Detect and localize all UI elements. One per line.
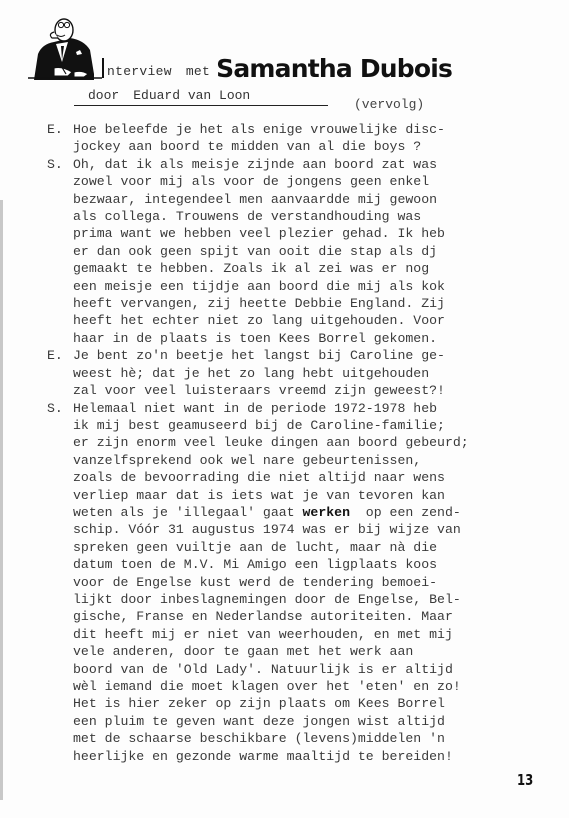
text-line: er zijn enorm veel leuke dingen aan boor… bbox=[73, 434, 469, 451]
byline-author: Eduard van Loon bbox=[133, 88, 250, 103]
text-line: jockey aan boord te midden van al die bo… bbox=[73, 138, 469, 155]
interview-paragraph: E.Hoe beleefde je het als enige vrouweli… bbox=[47, 121, 469, 156]
text-line: bezwaar, integendeel men aanvaardde mij … bbox=[73, 191, 469, 208]
text-line: zoals de bevoorrading die niet altijd na… bbox=[73, 469, 469, 486]
continued-label: (vervolg) bbox=[354, 97, 424, 112]
byline: doorEduard van Loon bbox=[74, 88, 328, 106]
text-line: heeft vervangen, zij heette Debbie Engla… bbox=[73, 295, 469, 312]
magazine-page: nterviewmetSamantha Dubois doorEduard va… bbox=[0, 0, 569, 818]
text-line: Hoe beleefde je het als enige vrouwelijk… bbox=[73, 121, 469, 138]
text-line: lijkt door inbeslagnemingen door de Enge… bbox=[73, 591, 469, 608]
interview-paragraph: S.Helemaal niet want in de periode 1972-… bbox=[47, 400, 469, 766]
interview-paragraph: S.Oh, dat ik als meisje zijnde aan boord… bbox=[47, 156, 469, 347]
speaker-label: S. bbox=[47, 400, 63, 417]
interview-body: E.Hoe beleefde je het als enige vrouweli… bbox=[47, 121, 469, 765]
text-line: prima want we hebben veel plezier gehad.… bbox=[73, 225, 469, 242]
text-line: Het is hier zeker op zijn plaats om Kees… bbox=[73, 695, 469, 712]
text-line: Helemaal niet want in de periode 1972-19… bbox=[73, 400, 469, 417]
text-line: haar in de plaats is toen Kees Borrel ge… bbox=[73, 330, 469, 347]
text-line: datum toen de M.V. Mi Amigo een ligplaat… bbox=[73, 556, 469, 573]
byline-door: door bbox=[88, 88, 119, 103]
text-line: verliep maar dat is iets wat je van tevo… bbox=[73, 487, 469, 504]
title-met-word: met bbox=[186, 64, 210, 79]
text-line: Oh, dat ik als meisje zijnde aan boord z… bbox=[73, 156, 469, 173]
text-line: met de schaarse beschikbare (levens)midd… bbox=[73, 730, 469, 747]
text-line: ik mij best geamuseerd bij de Caroline-f… bbox=[73, 417, 469, 434]
text-line: weest hè; dat je het zo lang hebt uitgeh… bbox=[73, 365, 469, 382]
page-edge-shadow bbox=[0, 200, 3, 800]
businessman-writing-illustration bbox=[24, 14, 106, 84]
bold-word: werken bbox=[303, 505, 350, 520]
text-line: zowel voor mij als voor de jongens geen … bbox=[73, 173, 469, 190]
article-title: nterviewmetSamantha Dubois bbox=[102, 54, 452, 83]
text-line: heeft het echter niet zo lang uitgehoude… bbox=[73, 312, 469, 329]
text-line: vele anderen, door te gaan met het werk … bbox=[73, 643, 469, 660]
text-line: heerlijke en gezonde warme maaltijd te b… bbox=[73, 748, 469, 765]
text-line: er dan ook geen spijt van ooit die stap … bbox=[73, 243, 469, 260]
text-line: wèl iemand die moet klagen over het 'ete… bbox=[73, 678, 469, 695]
text-line: gemaakt te hebben. Zoals ik al zei was e… bbox=[73, 260, 469, 277]
speaker-label: E. bbox=[47, 347, 63, 364]
text-line: een pluim te geven want deze jongen wist… bbox=[73, 713, 469, 730]
title-initial-bar bbox=[102, 58, 104, 78]
title-interview-word: nterview bbox=[107, 64, 172, 79]
text-line: Je bent zo'n beetje het langst bij Carol… bbox=[73, 347, 469, 364]
text-line: zal voor veel luisteraars vreemd zijn ge… bbox=[73, 382, 469, 399]
text-line: voor de Engelse kust werd de tendering b… bbox=[73, 574, 469, 591]
title-interviewee-name: Samantha Dubois bbox=[216, 54, 452, 83]
speaker-label: E. bbox=[47, 121, 63, 138]
text-line: weten als je 'illegaal' gaat werken op e… bbox=[73, 504, 469, 521]
text-line: boord van de 'Old Lady'. Natuurlijk is e… bbox=[73, 661, 469, 678]
text-line: een meisje een tijdje aan boord die mij … bbox=[73, 278, 469, 295]
text-line: als collega. Trouwens de verstandhouding… bbox=[73, 208, 469, 225]
text-line: gische, Franse en Nederlandse autoriteit… bbox=[73, 608, 469, 625]
text-line: spreken geen vuiltje aan de lucht, maar … bbox=[73, 539, 469, 556]
speaker-label: S. bbox=[47, 156, 63, 173]
text-line: dit heeft mij er niet van weerhouden, en… bbox=[73, 626, 469, 643]
text-line: vanzelfsprekend ook wel nare gebeurtenis… bbox=[73, 452, 469, 469]
page-number: 13 bbox=[517, 771, 533, 789]
text-line: schip. Vóór 31 augustus 1974 was er bij … bbox=[73, 521, 469, 538]
interview-paragraph: E.Je bent zo'n beetje het langst bij Car… bbox=[47, 347, 469, 399]
